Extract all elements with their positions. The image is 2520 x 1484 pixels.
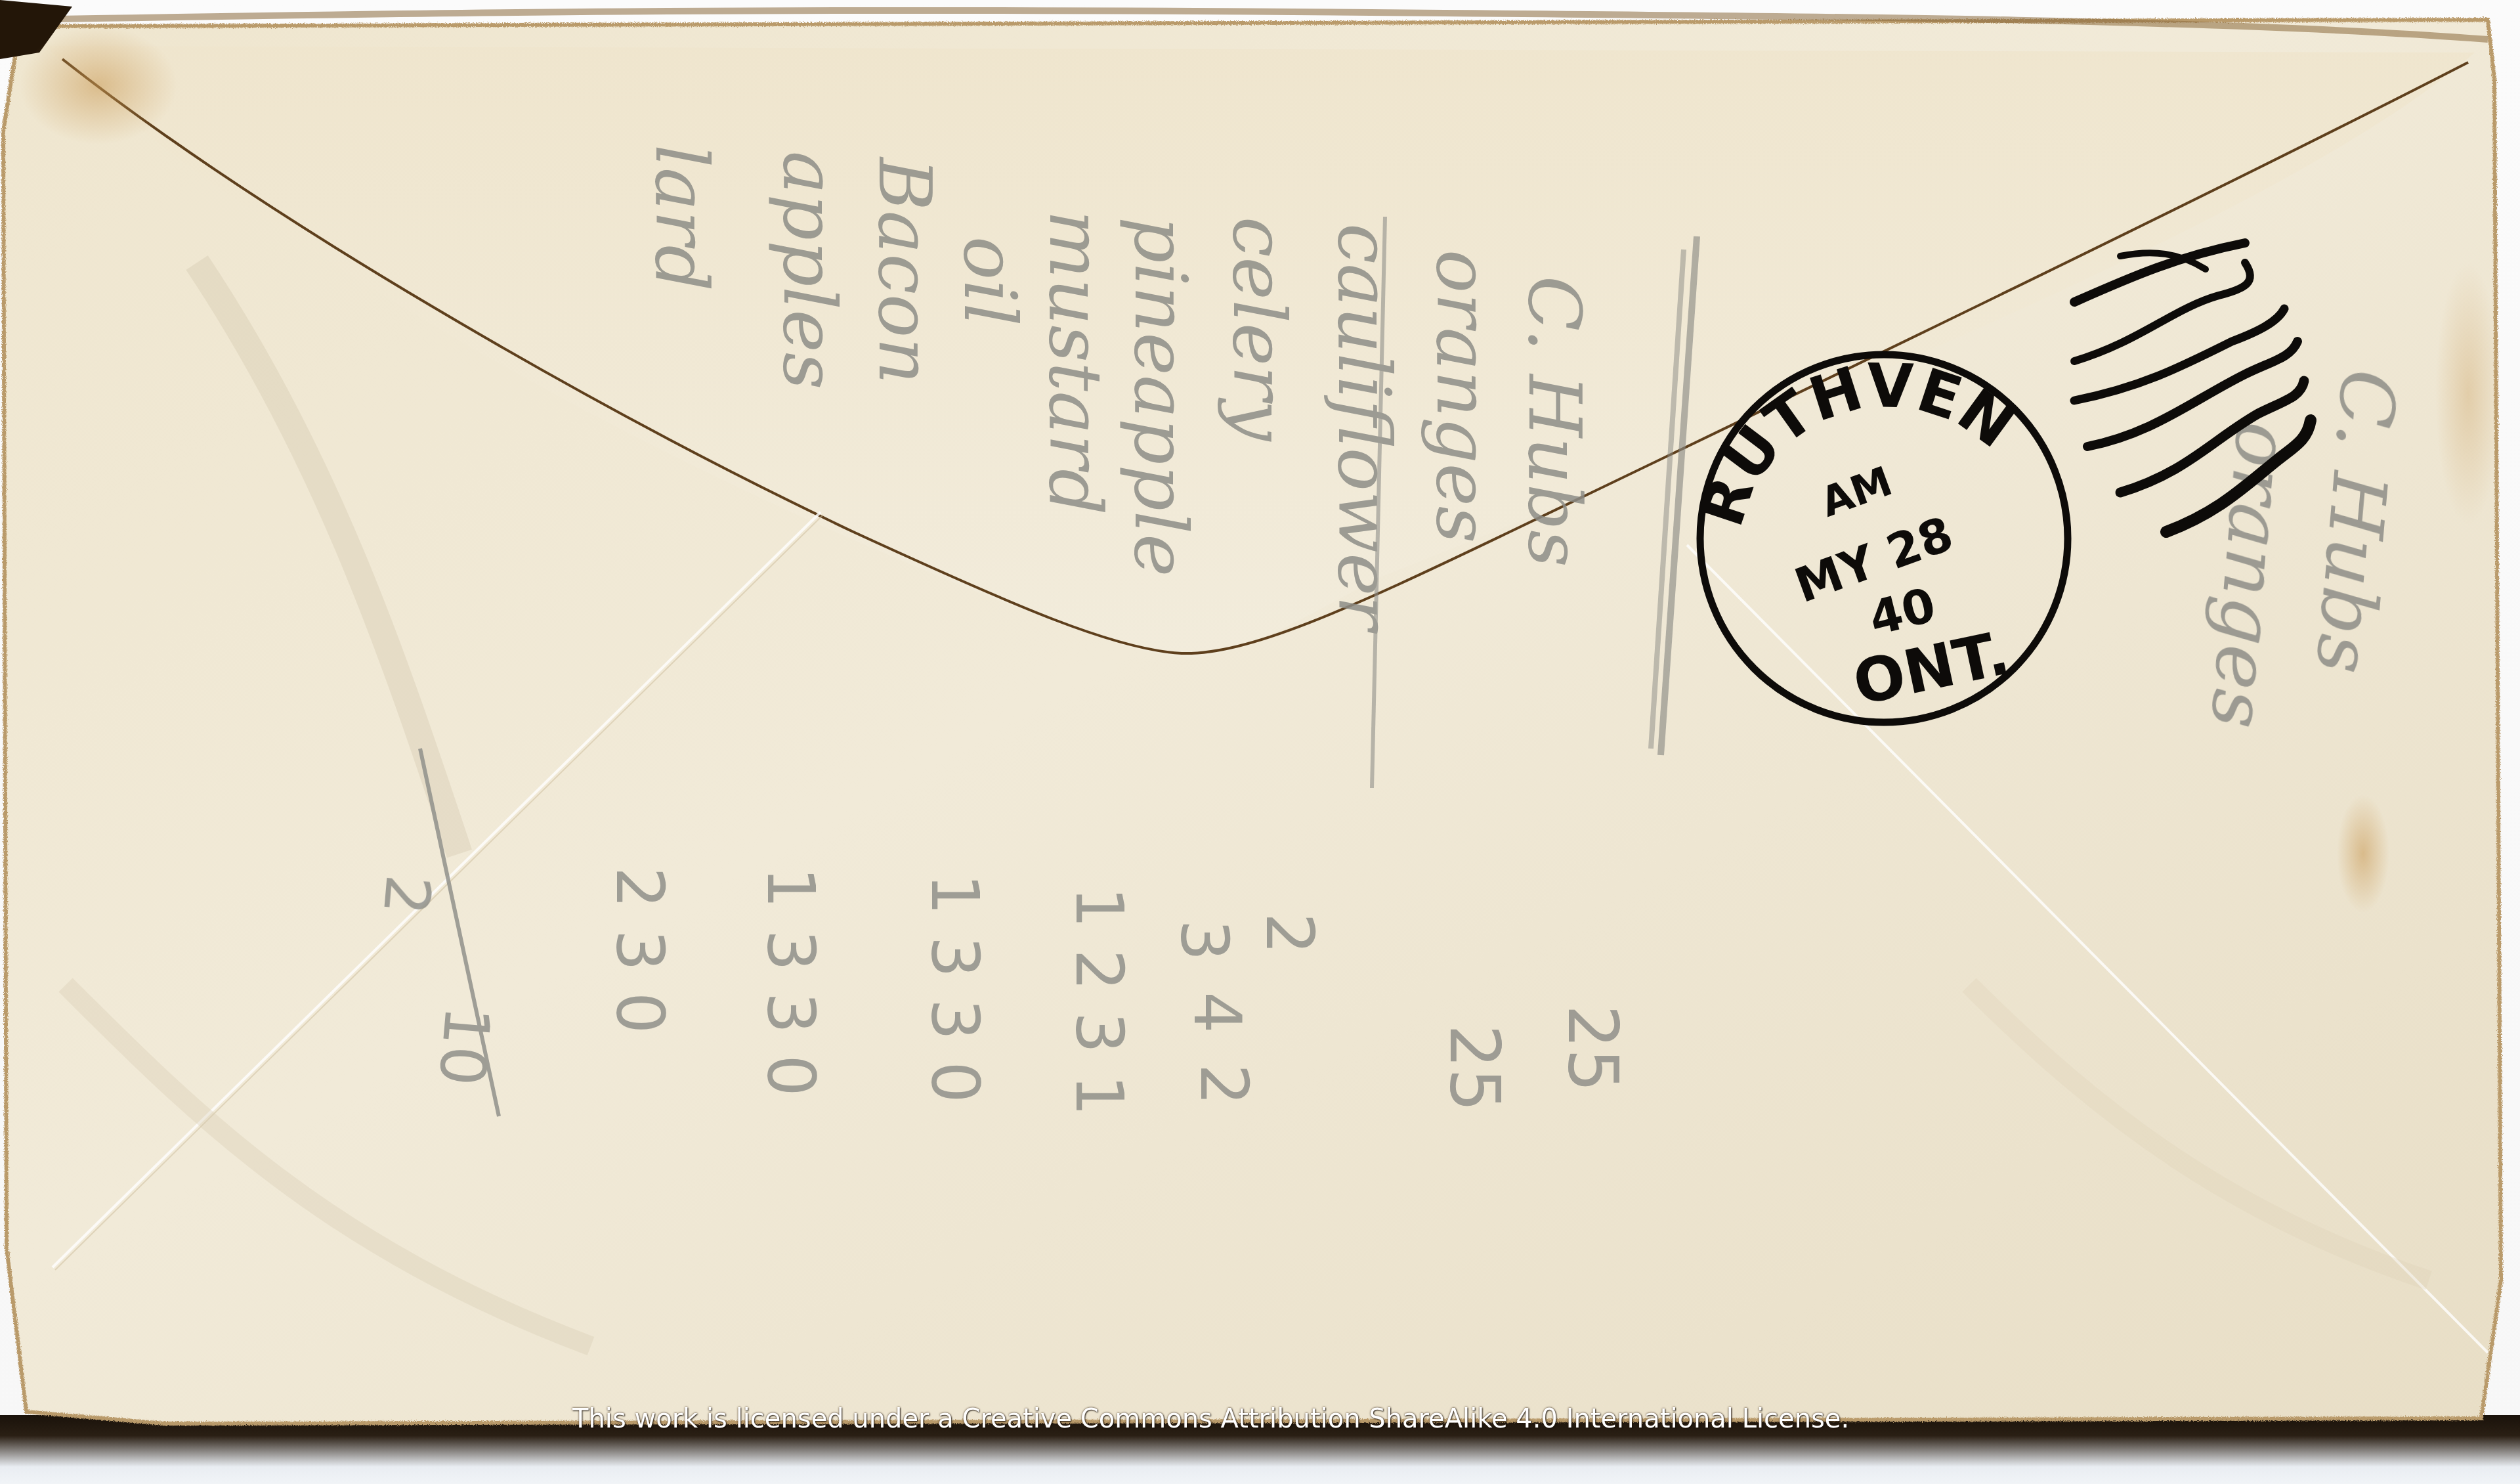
pencil-word-pineapple: pineapple: [1119, 217, 1203, 577]
pencil-word-oil: oil: [948, 236, 1032, 326]
figure-col2-a: 2: [1251, 913, 1328, 955]
figure-col6: 2 3 0: [601, 867, 678, 1034]
fraction-bottom: 10: [425, 1003, 503, 1089]
fraction-top: 2: [369, 872, 444, 918]
pencil-word-bacon: Bacon: [863, 156, 947, 384]
pencil-word-c-hubs: C. Hubs: [1512, 276, 1596, 567]
license-caption: This work is licensed under a Creative C…: [572, 1404, 1849, 1434]
pencil-word-oranges: oranges: [1420, 250, 1505, 543]
pencil-word-cauliflower: cauliflower: [1322, 223, 1406, 634]
figure-col2-c: 4: [1179, 992, 1256, 1034]
pencil-word-celery: celery: [1217, 217, 1301, 443]
figure-col4: 1 3 3 0: [916, 873, 993, 1103]
figure-col1-a: 25: [1552, 1005, 1633, 1093]
figure-col2-b: 3: [1166, 919, 1243, 961]
figure-col2-d: 2: [1185, 1064, 1262, 1106]
pencil-word-mustard: mustard: [1033, 210, 1117, 515]
envelope-back: lard apples Bacon oil mustard pineapple …: [0, 0, 2520, 1484]
figure-col3: 1 2 3 1: [1061, 886, 1138, 1116]
pencil-word-lard: lard: [639, 144, 723, 292]
figure-col5: 1 3 3 0: [752, 867, 829, 1097]
figure-col1-b: 25: [1434, 1024, 1514, 1112]
pencil-word-apples: apples: [767, 151, 851, 389]
